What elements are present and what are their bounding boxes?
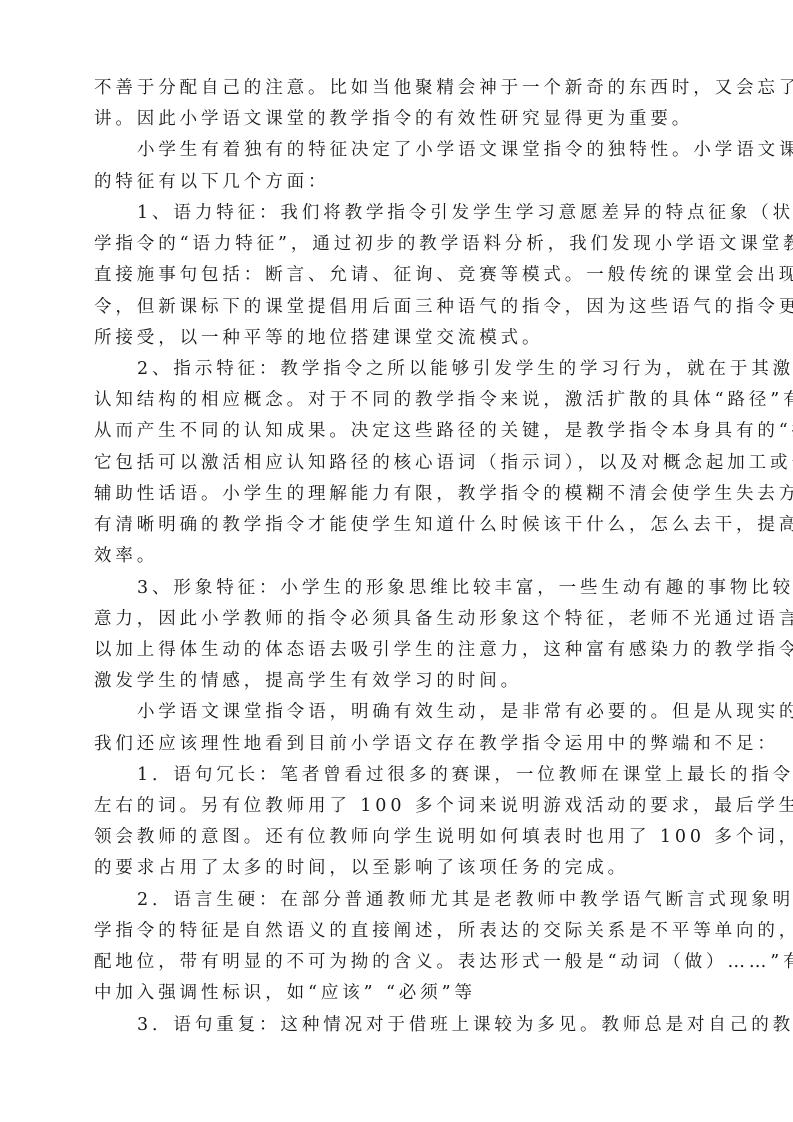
- text-line: 令，但新课标下的课堂提倡用后面三种语气的指令，因为这些语气的指令更能为小学生: [94, 292, 704, 323]
- text-line: 2．语言生硬：在部分普通教师尤其是老教师中教学语气断言式现象明显，这种教: [94, 885, 704, 916]
- text-line: 小学生有着独有的特征决定了小学语文课堂指令的独特性。小学语文课堂教学指令: [94, 135, 704, 166]
- paragraph-verbose-sentences: 1．语句冗长：笔者曾看过很多的赛课，一位教师在课堂上最长的指令竟用了 150 左…: [94, 760, 704, 885]
- text-line: 2、指示特征：教学指令之所以能够引发学生的学习行为，就在于其激活了学生的: [94, 354, 704, 385]
- text-line: 直接施事句包括：断言、允请、征询、竞赛等模式。一般传统的课堂会出现断言式的指: [94, 260, 704, 291]
- text-line: 认知结构的相应概念。对于不同的教学指令来说，激活扩散的具体“路径”有所不同，: [94, 385, 704, 416]
- text-line: 左右的词。另有位教师用了 100 多个词来说明游戏活动的要求，最后学生还是没有完…: [94, 791, 704, 822]
- text-line: 3．语句重复：这种情况对于借班上课较为多见。教师总是对自己的教学指令缺乏: [94, 1010, 704, 1041]
- paragraph-problems-intro: 小学语文课堂指令语，明确有效生动，是非常有必要的。但是从现实的角度出发， 我们还…: [94, 697, 704, 759]
- text-line: 中加入强调性标识，如“应该” “必须”等: [94, 978, 704, 1009]
- paragraph-repetition: 3．语句重复：这种情况对于借班上课较为多见。教师总是对自己的教学指令缺乏: [94, 1010, 704, 1041]
- text-line: 辅助性话语。小学生的理解能力有限，教学指令的模糊不清会使学生失去方向，所以只: [94, 479, 704, 510]
- text-line: 它包括可以激活相应认知路径的核心语词（指示词），以及对概念起加工或干扰作用的: [94, 448, 704, 479]
- paragraph-rigid-language: 2．语言生硬：在部分普通教师尤其是老教师中教学语气断言式现象明显，这种教 学指令…: [94, 885, 704, 1010]
- text-line: 1．语句冗长：笔者曾看过很多的赛课，一位教师在课堂上最长的指令竟用了 150: [94, 760, 704, 791]
- text-line: 所接受，以一种平等的地位搭建课堂交流模式。: [94, 323, 704, 354]
- paragraph-imagery-feature: 3、形象特征：小学生的形象思维比较丰富，一些生动有趣的事物比较能吸引其注 意力，…: [94, 573, 704, 698]
- text-line: 讲。因此小学语文课堂的教学指令的有效性研究显得更为重要。: [94, 104, 704, 135]
- text-line: 意力，因此小学教师的指令必须具备生动形象这个特征，老师不光通过语言的变化还可: [94, 604, 704, 635]
- text-line: 有清晰明确的教学指令才能使学生知道什么时候该干什么，怎么去干，提高课堂教学的: [94, 510, 704, 541]
- text-line: 我们还应该理性地看到目前小学语文存在教学指令运用中的弊端和不足：: [94, 729, 704, 760]
- text-line: 不善于分配自己的注意。比如当他聚精会神于一个新奇的东西时，又会忘了上课认真听: [94, 73, 704, 104]
- text-line: 的要求占用了太多的时间，以至影响了该项任务的完成。: [94, 853, 704, 884]
- text-line: 激发学生的情感，提高学生有效学习的时间。: [94, 666, 704, 697]
- text-line: 效率。: [94, 541, 704, 572]
- text-line: 3、形象特征：小学生的形象思维比较丰富，一些生动有趣的事物比较能吸引其注: [94, 573, 704, 604]
- paragraph-illocutionary-feature: 1、语力特征：我们将教学指令引发学生学习意愿差异的特点征象（状况）称为教 学指令…: [94, 198, 704, 354]
- text-line: 学指令的“语力特征”，通过初步的教学语料分析，我们发现小学语文课堂教学指令的: [94, 229, 704, 260]
- text-line: 学指令的特征是自然语义的直接阐述，所表达的交际关系是不平等单向的，教师处于支: [94, 916, 704, 947]
- document-page: 不善于分配自己的注意。比如当他聚精会神于一个新奇的东西时，又会忘了上课认真听 讲…: [94, 73, 704, 1041]
- text-line: 的特征有以下几个方面：: [94, 167, 704, 198]
- text-line: 小学语文课堂指令语，明确有效生动，是非常有必要的。但是从现实的角度出发，: [94, 697, 704, 728]
- paragraph-features-intro: 小学生有着独有的特征决定了小学语文课堂指令的独特性。小学语文课堂教学指令 的特征…: [94, 135, 704, 197]
- paragraph-attention: 不善于分配自己的注意。比如当他聚精会神于一个新奇的东西时，又会忘了上课认真听 讲…: [94, 73, 704, 135]
- text-line: 配地位，带有明显的不可为拗的含义。表达形式一般是“动词（做）……”有时会在其: [94, 947, 704, 978]
- text-line: 从而产生不同的认知成果。决定这些路径的关键，是教学指令本身具有的“指示系统”: [94, 416, 704, 447]
- text-line: 1、语力特征：我们将教学指令引发学生学习意愿差异的特点征象（状况）称为教: [94, 198, 704, 229]
- text-line: 领会教师的意图。还有位教师向学生说明如何填表时也用了 100 多个词，由于描述活…: [94, 822, 704, 853]
- paragraph-indicative-feature: 2、指示特征：教学指令之所以能够引发学生的学习行为，就在于其激活了学生的 认知结…: [94, 354, 704, 573]
- text-line: 以加上得体生动的体态语去吸引学生的注意力，这种富有感染力的教学指令更能积极得: [94, 635, 704, 666]
